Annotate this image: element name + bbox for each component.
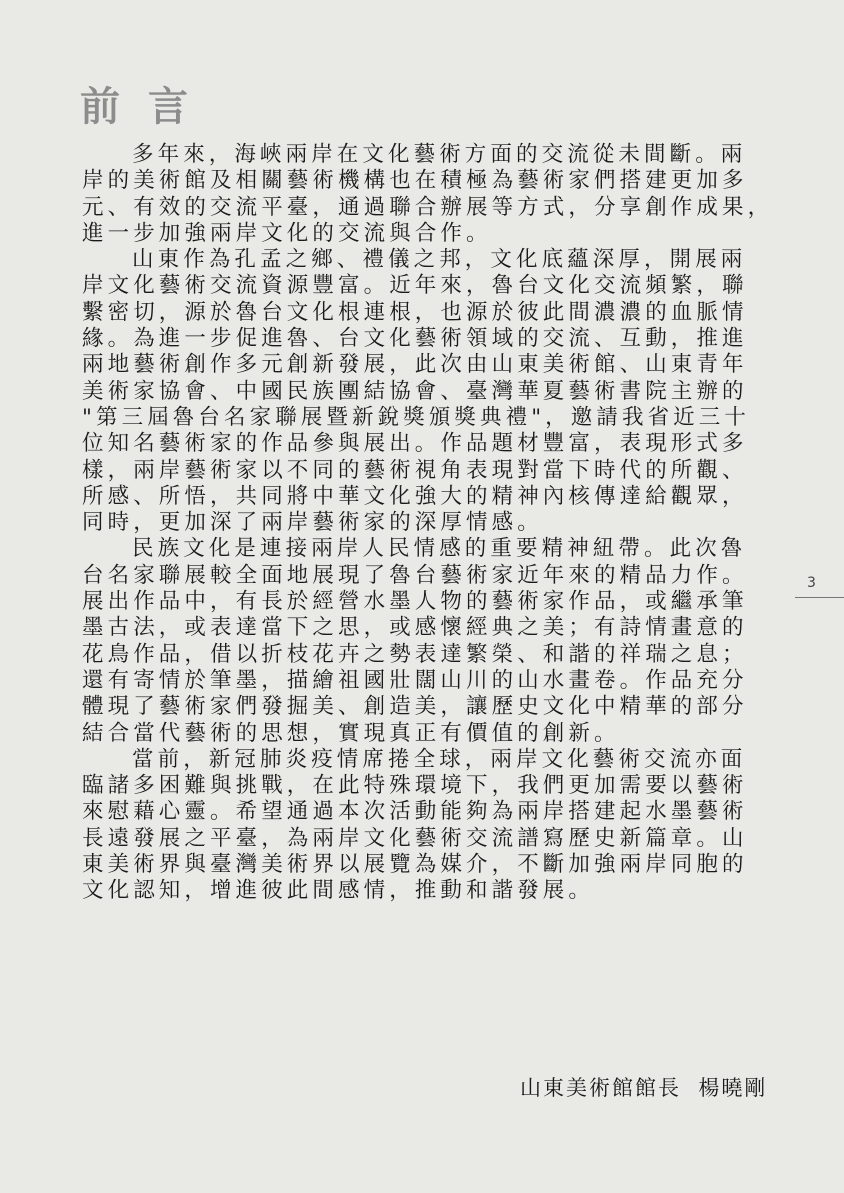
text-line: 東美術界與臺灣美術界以展覽為媒介，不斷加強兩岸同胞的: [82, 852, 762, 878]
text-line: 臨諸多困難與挑戰，在此特殊環境下，我們更加需要以藝術: [82, 773, 762, 799]
body-text: 多年來，海峽兩岸在文化藝術方面的交流從未間斷。兩 岸的美術館及相關藝術機構也在積…: [82, 142, 762, 905]
text-line: 當前，新冠肺炎疫情席捲全球，兩岸文化藝術交流亦面: [82, 747, 762, 773]
text-line: 緣。為進一步促進魯、台文化藝術領域的交流、互動，推進: [82, 326, 762, 352]
text-line: 體現了藝術家們發掘美、創造美，讓歷史文化中精華的部分: [82, 694, 762, 720]
signature: 山東美術館館長 楊曉剛: [520, 1072, 767, 1102]
text-line: 所感、所悟，共同將中華文化強大的精神內核傳達給觀眾，: [82, 484, 762, 510]
text-line: 台名家聯展較全面地展現了魯台藝術家近年來的精品力作。: [82, 563, 762, 589]
text-line: "第三屆魯台名家聯展暨新銳獎頒獎典禮"，邀請我省近三十: [82, 405, 762, 431]
text-line: 元、有效的交流平臺，通過聯合辦展等方式，分享創作成果，: [82, 195, 762, 221]
text-line: 岸的美術館及相關藝術機構也在積極為藝術家們搭建更加多: [82, 168, 762, 194]
text-line: 位知名藝術家的作品參與展出。作品題材豐富，表現形式多: [82, 431, 762, 457]
text-line: 岸文化藝術交流資源豐富。近年來，魯台文化交流頻繁，聯: [82, 273, 762, 299]
text-line: 長遠發展之平臺，為兩岸文化藝術交流譜寫歷史新篇章。山: [82, 826, 762, 852]
text-line: 兩地藝術創作多元創新發展，此次由山東美術館、山東青年: [82, 352, 762, 378]
text-line: 墨古法，或表達當下之思，或感懷經典之美；有詩情畫意的: [82, 615, 762, 641]
text-line: 花鳥作品，借以折枝花卉之勢表達繁榮、和諧的祥瑞之息；: [82, 642, 762, 668]
text-line: 樣，兩岸藝術家以不同的藝術視角表現對當下時代的所觀、: [82, 458, 762, 484]
text-line: 進一步加強兩岸文化的交流與合作。: [82, 221, 762, 247]
text-line: 美術家協會、中國民族團結協會、臺灣華夏藝術書院主辦的: [82, 379, 762, 405]
text-line: 展出作品中，有長於經營水墨人物的藝術家作品，或繼承筆: [82, 589, 762, 615]
text-line: 來慰藉心靈。希望通過本次活動能夠為兩岸搭建起水墨藝術: [82, 799, 762, 825]
text-line: 民族文化是連接兩岸人民情感的重要精神紐帶。此次魯: [82, 536, 762, 562]
text-line: 文化認知，增進彼此間感情，推動和諧發展。: [82, 878, 762, 904]
paragraph-4: 當前，新冠肺炎疫情席捲全球，兩岸文化藝術交流亦面 臨諸多困難與挑戰，在此特殊環境…: [82, 747, 762, 905]
paragraph-2: 山東作為孔孟之鄉、禮儀之邦，文化底蘊深厚，開展兩 岸文化藝術交流資源豐富。近年來…: [82, 247, 762, 536]
page-number: 3: [807, 575, 816, 591]
page-number-rule: [795, 597, 844, 598]
text-line: 同時，更加深了兩岸藝術家的深厚情感。: [82, 510, 762, 536]
text-line: 繫密切，源於魯台文化根連根，也源於彼此間濃濃的血脈情: [82, 300, 762, 326]
text-line: 結合當代藝術的思想，實現真正有價值的創新。: [82, 721, 762, 747]
text-line: 山東作為孔孟之鄉、禮儀之邦，文化底蘊深厚，開展兩: [82, 247, 762, 273]
paragraph-3: 民族文化是連接兩岸人民情感的重要精神紐帶。此次魯 台名家聯展較全面地展現了魯台藝…: [82, 536, 762, 746]
text-line: 還有寄情於筆墨，描繪祖國壯闊山川的山水畫卷。作品充分: [82, 668, 762, 694]
text-line: 多年來，海峽兩岸在文化藝術方面的交流從未間斷。兩: [82, 142, 762, 168]
paragraph-1: 多年來，海峽兩岸在文化藝術方面的交流從未間斷。兩 岸的美術館及相關藝術機構也在積…: [82, 142, 762, 247]
page-title: 前言: [80, 84, 216, 130]
